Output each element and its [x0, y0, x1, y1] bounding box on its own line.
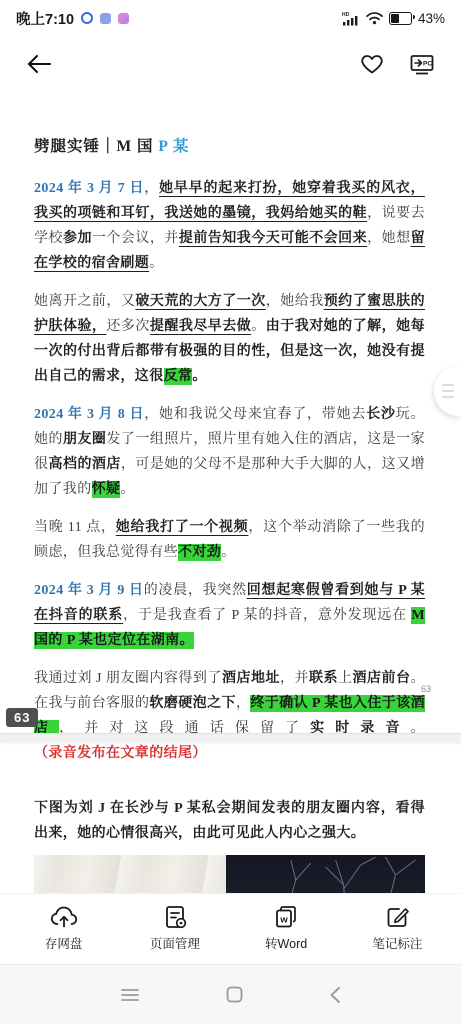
text-run: 。 [221, 545, 235, 560]
text-run: 提前告知我今天可能不会回来 [179, 231, 367, 246]
text-run: 。 [149, 256, 163, 271]
page-divider [0, 733, 461, 743]
drawer-handle[interactable] [434, 366, 461, 416]
text-run: 还多次 [106, 319, 149, 334]
battery-percent: 43% [418, 11, 445, 26]
toolbar-label: 页面管理 [150, 934, 200, 952]
page-manage-icon [162, 905, 188, 929]
to-word-icon: w [273, 905, 299, 929]
wifi-icon [366, 11, 383, 25]
text-run: 2024 年 3 月 9 日 [34, 583, 144, 598]
recents-square-icon[interactable] [226, 986, 243, 1003]
heart-icon [360, 53, 384, 75]
text-run: 。 [192, 369, 206, 384]
text-run: 酒店地址 [222, 671, 280, 686]
hd-label: HD [342, 12, 350, 18]
paragraph-6: 我通过刘 J 朋友圈内容得到了酒店地址，并联系上酒店前台。在我与前台客服的软磨硬… [34, 666, 425, 766]
text-run: 反常 [164, 368, 193, 385]
text-run: ，并 [280, 671, 309, 686]
text-run: ，她和我说父母来宜春了，带她去 [144, 407, 366, 422]
notification-app-icon [118, 13, 129, 24]
clock: 晚上7:10 [16, 8, 74, 29]
text-run: 朋友圈 [63, 432, 106, 447]
text-run: 2024 年 3 月 7 日 [34, 181, 144, 196]
text-run: P 某 [158, 138, 189, 155]
text-run: 上 [338, 671, 353, 686]
send-to-pc-button[interactable]: PC [408, 53, 435, 76]
text-run: 2024 年 3 月 8 日 [34, 407, 144, 422]
document-page-number: 63 [421, 684, 431, 694]
toolbar-label: 转Word [265, 934, 307, 952]
text-run: ，她给我 [266, 294, 324, 309]
text-run: 一个会议，并 [92, 231, 179, 246]
text-run: 。 [251, 319, 265, 334]
text-run: ，于是我查看了 P 某的抖音，意外发现远在 [123, 608, 411, 623]
back-chevron-icon[interactable] [329, 986, 341, 1004]
paragraph-7: 下图为刘 J 在长沙与 P 某私会期间发表的朋友圈内容，看得出来，她的心情很高兴… [34, 796, 425, 846]
svg-text:PC: PC [423, 60, 432, 67]
text-run: ， [236, 696, 250, 711]
toolbar-label: 存网盘 [45, 934, 83, 952]
menu-lines-icon [442, 384, 454, 386]
text-run: 下图为刘 J 在长沙与 P 某私会期间发表的朋友圈内容，看得出来，她的心情很高兴… [34, 801, 425, 841]
paragraph-2: 她离开之前，又破天荒的大方了一次，她给我预约了蜜思肤的护肤体验，还多次提醒我尽早… [34, 289, 425, 389]
paragraph-5: 2024 年 3 月 9 日的凌晨，我突然回想起寒假曾看到她与 P 某在抖音的联… [34, 578, 425, 653]
text-run: 她给我打了一个视频 [116, 520, 249, 535]
text-run: ， [144, 181, 159, 196]
page-indicator-badge: 63 [6, 708, 38, 727]
status-bar: 晚上7:10 HD 43% [0, 0, 461, 30]
back-arrow-icon [26, 53, 52, 75]
text-run: 怀疑 [92, 481, 121, 498]
text-run: 酒店前台 [353, 671, 411, 686]
send-to-pc-icon: PC [408, 53, 435, 76]
text-run: 高档的酒店 [48, 457, 120, 472]
paragraph-1: 2024 年 3 月 7 日，她早早的起来打扮，她穿着我买的风衣，我买的项链和耳… [34, 176, 425, 276]
text-run: 参加 [63, 231, 92, 246]
phone-screen: { "status_bar": { "time": "晚上7:10", "hd_… [0, 0, 461, 1024]
text-run: 长沙 [366, 407, 396, 422]
text-run: 破天荒的大方了一次 [135, 294, 265, 309]
text-run: 不对劲 [178, 544, 221, 561]
save-to-cloud-button[interactable]: 存网盘 [19, 905, 109, 952]
favorite-button[interactable] [360, 53, 384, 75]
text-run: 劈腿实锤｜M 国 [34, 138, 158, 155]
svg-text:w: w [280, 915, 289, 926]
text-run: （录音发布在文章的结尾） [34, 746, 207, 761]
bottom-toolbar: 存网盘 页面管理 w 转Word 笔记标注 [0, 893, 461, 965]
menu-icon[interactable] [120, 987, 140, 1003]
android-nav-bar [0, 964, 461, 1024]
note-annotate-icon [385, 905, 410, 929]
text-run: 软磨硬泡之下 [149, 696, 236, 711]
page-manage-button[interactable]: 页面管理 [130, 905, 220, 952]
notification-ring-icon [81, 12, 93, 24]
convert-word-button[interactable]: w 转Word [241, 905, 331, 952]
text-run: 她离开之前，又 [34, 294, 135, 309]
text-run: 。 [120, 482, 134, 497]
toolbar-label: 笔记标注 [372, 934, 422, 952]
battery-icon [389, 12, 412, 25]
app-header: PC [0, 36, 461, 92]
text-run: 提醒我尽早去做 [150, 319, 251, 334]
text-run: 我通过刘 J 朋友圈内容得到了 [34, 671, 222, 686]
paragraph-4: 当晚 11 点，她给我打了一个视频，这个举动消除了一些我的顾虑，但我总觉得有些不… [34, 515, 425, 565]
text-run: ，她想 [367, 231, 410, 246]
paragraph-3: 2024 年 3 月 8 日，她和我说父母来宜春了，带她去长沙玩。她的朋友圈发了… [34, 402, 425, 502]
note-annotate-button[interactable]: 笔记标注 [352, 905, 442, 952]
text-run: 联系 [309, 671, 338, 686]
text-run: 当晚 11 点， [34, 520, 116, 535]
notification-app-icon [100, 13, 111, 24]
cloud-upload-icon [50, 905, 78, 929]
article-title: 劈腿实锤｜M 国 P 某 [34, 136, 425, 158]
cell-signal-icon: HD [338, 11, 360, 26]
back-button[interactable] [26, 53, 52, 75]
document-page-1: 劈腿实锤｜M 国 P 某 2024 年 3 月 7 日，她早早的起来打扮，她穿着… [34, 96, 425, 779]
text-run: 的凌晨，我突然 [144, 583, 247, 598]
